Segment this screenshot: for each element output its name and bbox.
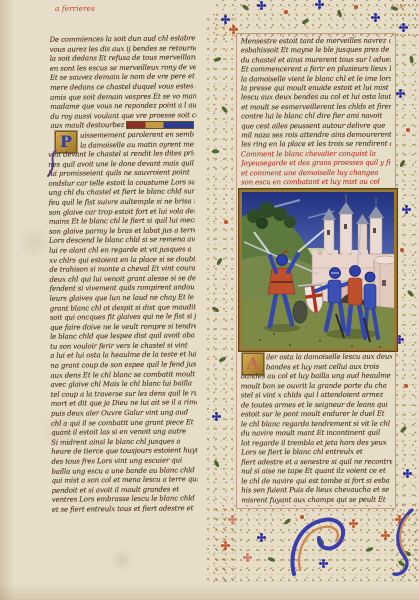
text-line: contre lui le blanc chl dire fier ami na…	[241, 112, 391, 122]
text-line: bandes au col et luy bailla ung aud heau…	[241, 372, 392, 382]
text-line: misrent fuyant aux champs qui se peult E…	[241, 495, 392, 505]
flower-icon	[231, 518, 234, 521]
flower-icon	[352, 522, 355, 525]
text-line: et se fiert entreulx tous et fiert adest…	[52, 504, 198, 515]
text-line: nul si aise ne tape Et quant ilz voient …	[241, 467, 392, 477]
text-line: Et commencerent a ferir en plusieurs lie…	[241, 65, 391, 75]
text-line: les ring en la place et les trois se ren…	[241, 140, 391, 150]
berry-icon	[224, 220, 228, 224]
flower-icon	[405, 208, 408, 211]
flower-icon	[374, 16, 377, 19]
text-line: his sen fuient Puis de lieux chevaucha e…	[241, 486, 392, 496]
flower-icon	[406, 472, 409, 475]
berry-icon	[400, 248, 404, 252]
miniature-painting	[239, 189, 397, 351]
text-line: iler osta la damoiselle lescu aux deux	[266, 353, 392, 363]
manuscript-page: a ferrieres x De commiences la soit dun …	[0, 0, 419, 600]
text-line: lescu aux deux bendes au col et lui osta…	[241, 93, 391, 103]
left-column-paragraph: vint devant le chastel si rendit les dit…	[48, 149, 198, 515]
text-line: lot regarde il trembla et jeta hors des …	[241, 438, 392, 448]
flower-icon	[246, 556, 249, 559]
flower-icon	[224, 18, 227, 21]
right-column-bottom: bandes au col et luy bailla ung aud heau…	[241, 372, 393, 506]
left-column-beside-initial: uissemement parolerent en semble lostel …	[80, 130, 194, 150]
text-line: estoit sur le pont moult endurer le duel…	[241, 410, 392, 420]
line-filler-ornament	[126, 121, 194, 129]
text-line: du navire moult mant Et incontinent quil	[241, 429, 392, 439]
acanthus-scroll-icon	[286, 508, 352, 580]
flower-icon	[260, 536, 263, 539]
flower-icon	[318, 3, 321, 6]
rubric-line: Joyeusegarde et des grans proesses quil …	[241, 159, 391, 169]
flower-icon	[260, 4, 263, 7]
berry-icon	[404, 384, 408, 388]
flower-icon	[384, 534, 387, 537]
rubric-line: son escu en combatant et luy mist au col	[241, 177, 391, 187]
flower-icon	[399, 92, 402, 95]
flower-icon	[232, 28, 235, 31]
border-gutter	[204, 14, 237, 584]
folio-annotation: a ferrieres	[55, 4, 95, 13]
left-column-top: De commiences la soit dun aud chl eslabr…	[50, 34, 197, 131]
rubric: Comment le blanc chevalier conquist laJo…	[241, 150, 391, 188]
flower-icon	[398, 338, 401, 341]
flower-icon	[224, 544, 227, 547]
flower-icon	[215, 415, 218, 418]
berry-icon	[406, 128, 410, 132]
text-line: stel si vint x chlds qui l attendoient a…	[241, 391, 392, 401]
text-line: esbahissoit Et mayne le ble jusques pres…	[241, 46, 391, 56]
acanthus-scroll-icon	[388, 506, 418, 580]
right-column-top: Mensestre estoit tant de merveilles navr…	[241, 37, 392, 150]
right-column-beside-initial: iler osta la damoiselle lescu aux deuxba…	[266, 353, 392, 373]
berry-icon	[354, 5, 358, 9]
flower-icon	[402, 26, 405, 29]
berry-icon	[284, 10, 288, 14]
